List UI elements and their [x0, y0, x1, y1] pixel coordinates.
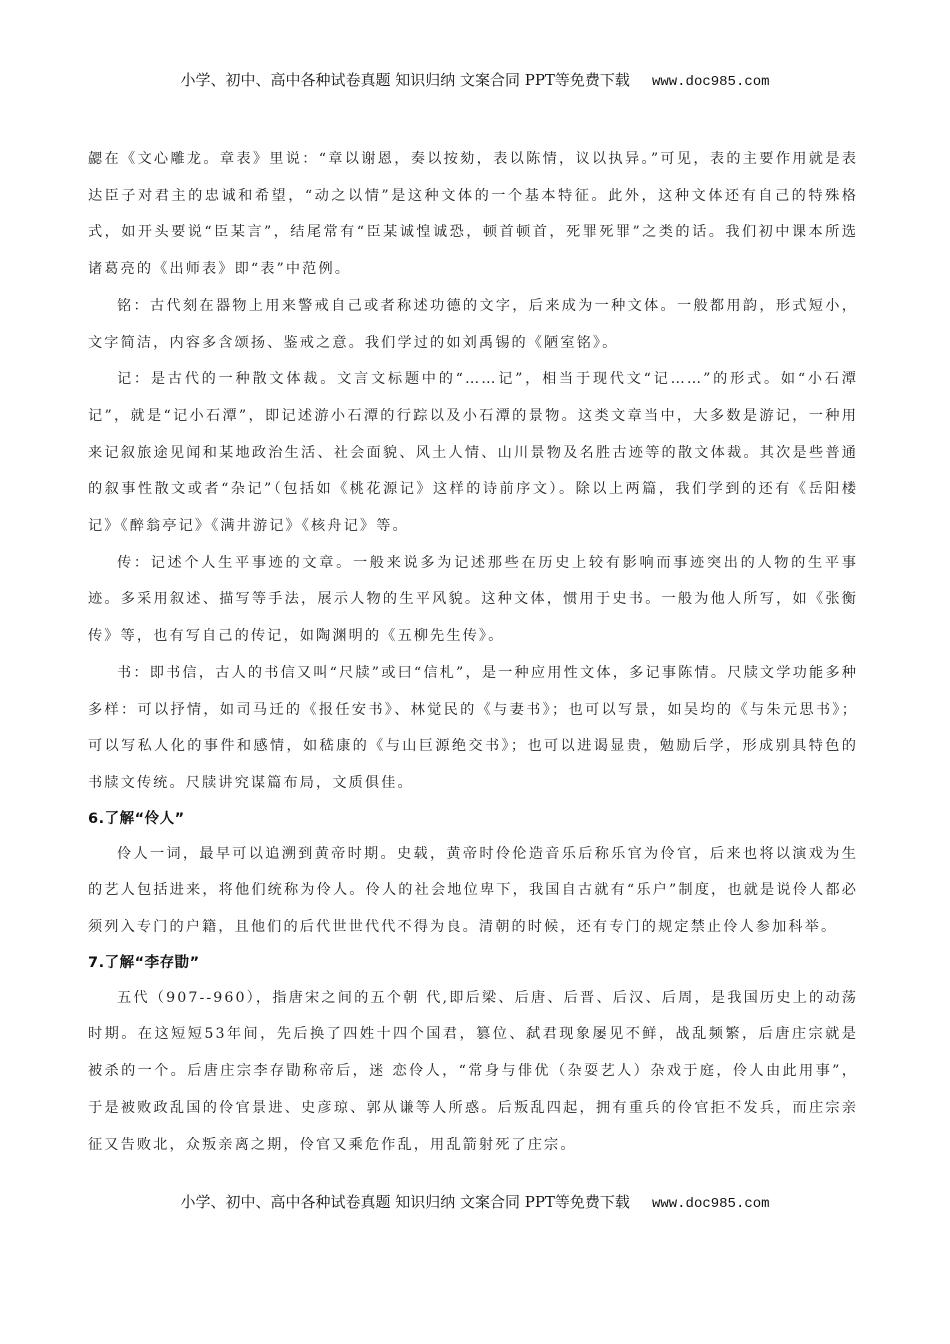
page-header: 小学、初中、高中各种试卷真题 知识归纳 文案合同 PPT等免费下载www.doc…	[0, 69, 950, 90]
section-heading-lingren: 6.了解“伶人”	[88, 802, 858, 836]
document-body: 勰在《文心雕龙。章表》里说：“章以谢恩，奏以按劾，表以陈情，议以执异。”可见，表…	[88, 141, 858, 1163]
paragraph-shu: 书：即书信，古人的书信又叫“尺牍”或曰“信札”，是一种应用性文体，多记事陈情。尺…	[88, 655, 858, 802]
section-heading-licunxu: 7.了解“李存勖”	[88, 946, 858, 980]
paragraph-ming: 铭：古代刻在器物上用来警戒自己或者称述功德的文字，后来成为一种文体。一般都用韵，…	[88, 288, 858, 361]
paragraph-zhuan: 传：记述个人生平事迹的文章。一般来说多为记述那些在历史上较有影响而事迹突出的人物…	[88, 545, 858, 655]
paragraph-ji: 记：是古代的一种散文体裁。文言文标题中的“……记”，相当于现代文“记……”的形式…	[88, 361, 858, 545]
footer-url[interactable]: www.doc985.com	[652, 1196, 770, 1212]
footer-text: 小学、初中、高中各种试卷真题 知识归纳 文案合同 PPT等免费下载	[180, 1193, 630, 1211]
header-text: 小学、初中、高中各种试卷真题 知识归纳 文案合同 PPT等免费下载	[180, 71, 630, 89]
paragraph-licunxu: 五代（907--960），指唐宋之间的五个朝 代,即后梁、后唐、后晋、后汉、后周…	[88, 980, 858, 1164]
paragraph-biao: 勰在《文心雕龙。章表》里说：“章以谢恩，奏以按劾，表以陈情，议以执异。”可见，表…	[88, 141, 858, 288]
header-url[interactable]: www.doc985.com	[652, 74, 770, 90]
paragraph-lingren: 伶人一词，最早可以追溯到黄帝时期。史载，黄帝时伶伦造音乐后称乐官为伶官，后来也将…	[88, 836, 858, 946]
page-footer: 小学、初中、高中各种试卷真题 知识归纳 文案合同 PPT等免费下载www.doc…	[0, 1191, 950, 1212]
